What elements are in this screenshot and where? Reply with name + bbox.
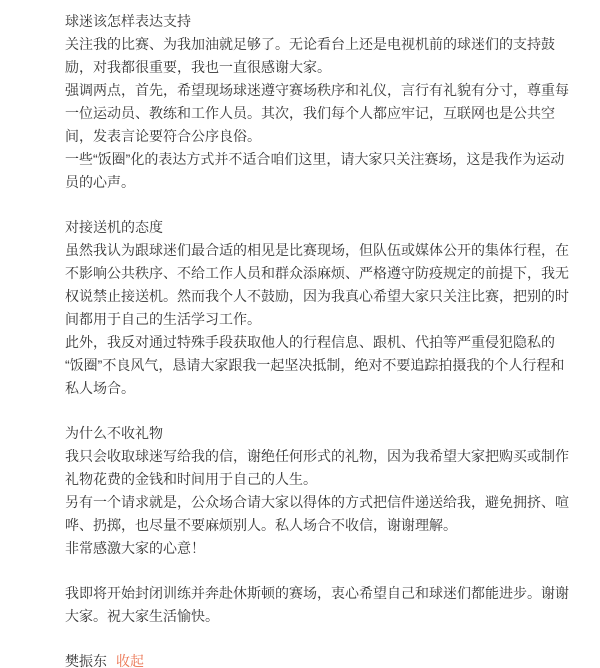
post-line: 间，发表言论要符合公序良俗。 bbox=[65, 125, 600, 148]
section-heading: 球迷该怎样表达支持 bbox=[65, 10, 600, 33]
post-footer: 樊振东收起 bbox=[65, 650, 600, 668]
post-line: 一位运动员、教练和工作人员。其次，我们每个人都应牢记，互联网也是公共空 bbox=[65, 102, 600, 125]
post-line: 非常感激大家的心意！ bbox=[65, 537, 600, 560]
post-line: 哗、扔掷，也尽量不要麻烦别人。私人场合不收信，谢谢理解。 bbox=[65, 514, 600, 537]
post-line: “饭圈”不良风气，恳请大家跟我一起坚决抵制，绝对不要追踪拍摄我的个人行程和 bbox=[65, 354, 600, 377]
post-line: 私人场合。 bbox=[65, 377, 600, 400]
post-line: 员的心声。 bbox=[65, 171, 600, 194]
post-line: 另有一个请求就是，公众场合请大家以得体的方式把信件递送给我，避免拥挤、喧 bbox=[65, 491, 600, 514]
post-line: 大家。祝大家生活愉快。 bbox=[65, 605, 600, 628]
collapse-link[interactable]: 收起 bbox=[116, 653, 144, 668]
blank-line bbox=[65, 400, 600, 422]
post-line: 关注我的比赛、为我加油就足够了。无论看台上还是电视机前的球迷们的支持鼓 bbox=[65, 33, 600, 56]
author-name: 樊振东 bbox=[65, 653, 107, 668]
weibo-post: 球迷该怎样表达支持 关注我的比赛、为我加油就足够了。无论看台上还是电视机前的球迷… bbox=[0, 0, 600, 668]
post-line: 励，对我都很重要，我也一直很感谢大家。 bbox=[65, 56, 600, 79]
post-line: 此外，我反对通过特殊手段获取他人的行程信息、跟机、代拍等严重侵犯隐私的 bbox=[65, 331, 600, 354]
post-line: 我只会收取球迷写给我的信，谢绝任何形式的礼物，因为我希望大家把购买或制作 bbox=[65, 445, 600, 468]
section-heading: 为什么不收礼物 bbox=[65, 422, 600, 445]
post-line: 不影响公共秩序、不给工作人员和群众添麻烦、严格遵守防疫规定的前提下，我无 bbox=[65, 262, 600, 285]
blank-line bbox=[65, 194, 600, 216]
blank-line bbox=[65, 628, 600, 650]
post-line: 虽然我认为跟球迷们最合适的相见是比赛现场，但队伍或媒体公开的集体行程，在 bbox=[65, 239, 600, 262]
post-line: 我即将开始封闭训练并奔赴休斯顿的赛场，衷心希望自己和球迷们都能进步。谢谢 bbox=[65, 582, 600, 605]
post-line: 强调两点，首先，希望现场球迷遵守赛场秩序和礼仪，言行有礼貌有分寸，尊重每 bbox=[65, 79, 600, 102]
blank-line bbox=[65, 560, 600, 582]
post-line: 权说禁止接送机。然而我个人不鼓励，因为我真心希望大家只关注比赛，把别的时 bbox=[65, 285, 600, 308]
post-line: 间都用于自己的生活学习工作。 bbox=[65, 308, 600, 331]
post-line: 一些“饭圈”化的表达方式并不适合咱们这里，请大家只关注赛场，这是我作为运动 bbox=[65, 148, 600, 171]
post-line: 礼物花费的金钱和时间用于自己的人生。 bbox=[65, 468, 600, 491]
section-heading: 对接送机的态度 bbox=[65, 216, 600, 239]
